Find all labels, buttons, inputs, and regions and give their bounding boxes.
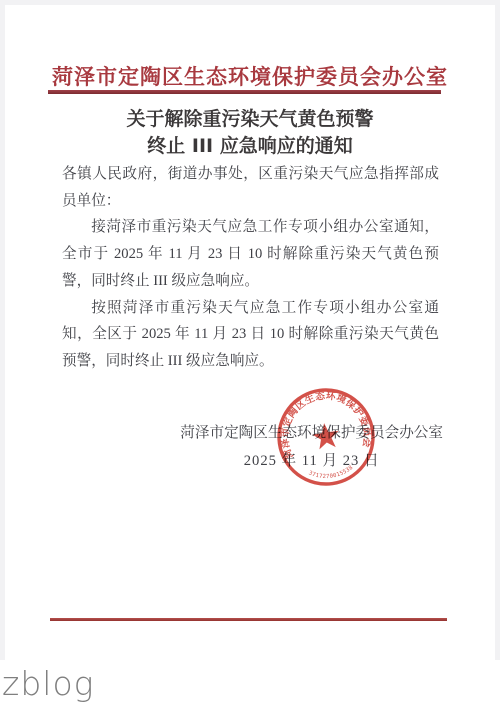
document-body: 各镇人民政府，街道办事处，区重污染天气应急指挥部成员单位： 接菏泽市重污染天气应… bbox=[62, 161, 439, 375]
letterhead-org-name: 菏泽市定陶区生态环境保护委员会办公室 bbox=[0, 61, 500, 91]
signature-org-name: 菏泽市定陶区生态环境保护委员会办公室 bbox=[180, 424, 443, 443]
site-watermark: zblog bbox=[2, 664, 94, 702]
signature-date: 2025 年 11 月 23 日 bbox=[180, 452, 443, 471]
letterhead-rule bbox=[48, 90, 441, 94]
footer-rule bbox=[50, 618, 447, 621]
document-title-line2: 终止 III 应急响应的通知 bbox=[0, 133, 500, 160]
body-paragraph: 按照菏泽市重污染天气应急工作专项小组办公室通知，全区于 2025 年 11 月 … bbox=[62, 295, 439, 375]
document-title: 关于解除重污染天气黄色预警 终止 III 应急响应的通知 bbox=[0, 106, 500, 160]
body-paragraph: 接菏泽市重污染天气应急工作专项小组办公室通知，全市于 2025 年 11 月 2… bbox=[62, 214, 439, 294]
salutation-line: 各镇人民政府，街道办事处，区重污染天气应急指挥部成员单位： bbox=[62, 161, 439, 214]
document-title-line1: 关于解除重污染天气黄色预警 bbox=[0, 106, 500, 133]
signature-block: 菏泽市定陶区生态环境保护委员会办公室 2025 年 11 月 23 日 bbox=[180, 424, 443, 471]
